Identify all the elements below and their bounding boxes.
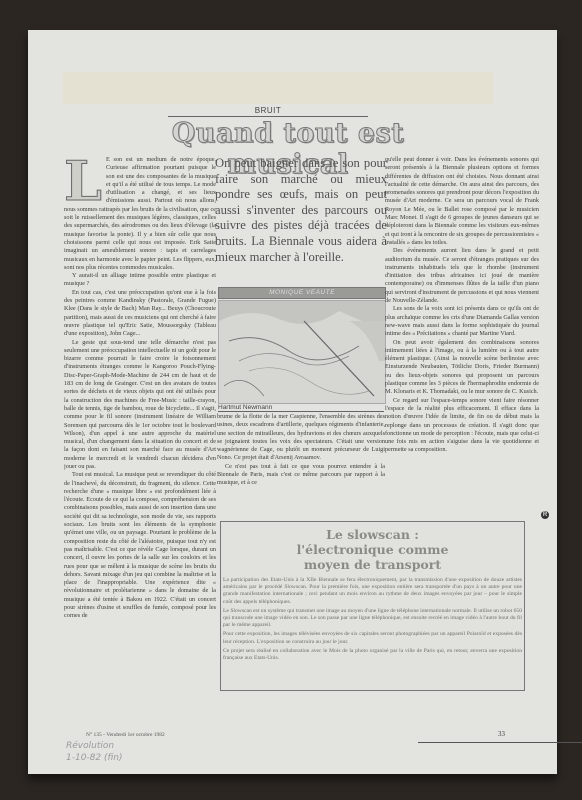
sidebar-paragraph: Le Slowscan est un système qui transmet … [223,608,522,630]
paragraph: Ce n'est pas tout à fait ce que vous pou… [217,463,385,488]
divider [418,742,582,743]
newspaper-page: BRUIT Quand tout est musical L E son est… [28,30,557,774]
sidebar-box: Le slowscan : l'électronique comme moyen… [220,521,525,691]
paper-stain [63,72,493,104]
paragraph: Le geste qui sous-tend une telle démarch… [64,339,216,472]
paragraph: Des événements auront lieu dans le grand… [385,247,539,305]
sidebar-paragraph: Ce projet sera réalisé en collaboration … [223,648,522,662]
paragraph: Les sons de la voix sont ici présents da… [385,305,539,338]
handwritten-annotation: Révolution 1-10-82 (fin) [66,740,123,764]
paragraph: qu'elle peut donner à voir. Dans les évé… [385,156,539,247]
photo-caption: Hartmut Newmann [218,404,384,412]
paragraph: Y aurait-il un alliage intime possible e… [64,272,216,289]
handwritten-line: 1-10-82 (fin) [66,752,123,764]
sidebar-body: La participation des Etats-Unis à la XII… [223,577,522,662]
author-byline: MONIQUE VEAUTE [218,287,386,299]
sidebar-paragraph: Pour cette exposition, les images télévi… [223,631,522,645]
paragraph: brume de la flotte de la mer Caspienne, … [217,413,385,463]
sidebar-title: Le slowscan : l'électronique comme moyen… [221,527,524,572]
drop-cap: L [64,158,102,204]
paragraph: En tout cas, c'est une préoccupation qu'… [64,289,216,339]
sidebar-title-line: Le slowscan : [221,527,524,542]
handwritten-line: Révolution [66,740,123,752]
section-kicker: BRUIT [168,106,368,117]
article-column-3: qu'elle peut donner à voir. Dans les évé… [385,156,539,528]
paragraph: On peut avoir également des combinaisons… [385,339,539,397]
page-number: 33 [498,730,505,738]
sidebar-paragraph: La participation des Etats-Unis à la XII… [223,577,522,606]
sidebar-title-line: l'électronique comme [221,542,524,557]
article-lead: On peut baigner dans le son pour faire s… [215,156,387,265]
paragraph: Tout est musical. La musique peut se rev… [64,471,216,620]
article-column-2: brume de la flotte de la mer Caspienne, … [217,413,385,538]
paragraph: Ce regard sur l'espace-temps sonore vien… [385,397,539,455]
end-of-article-icon: R [541,511,549,519]
abstract-artwork-image [219,301,385,403]
article-column-1: L E son est un medium de notre époque. C… [64,156,216,704]
article-photo [218,300,386,404]
sidebar-title-line: moyen de transport [221,557,524,572]
issue-info: N° 135 - Vendredi 1er octobre 1982 [86,732,165,738]
